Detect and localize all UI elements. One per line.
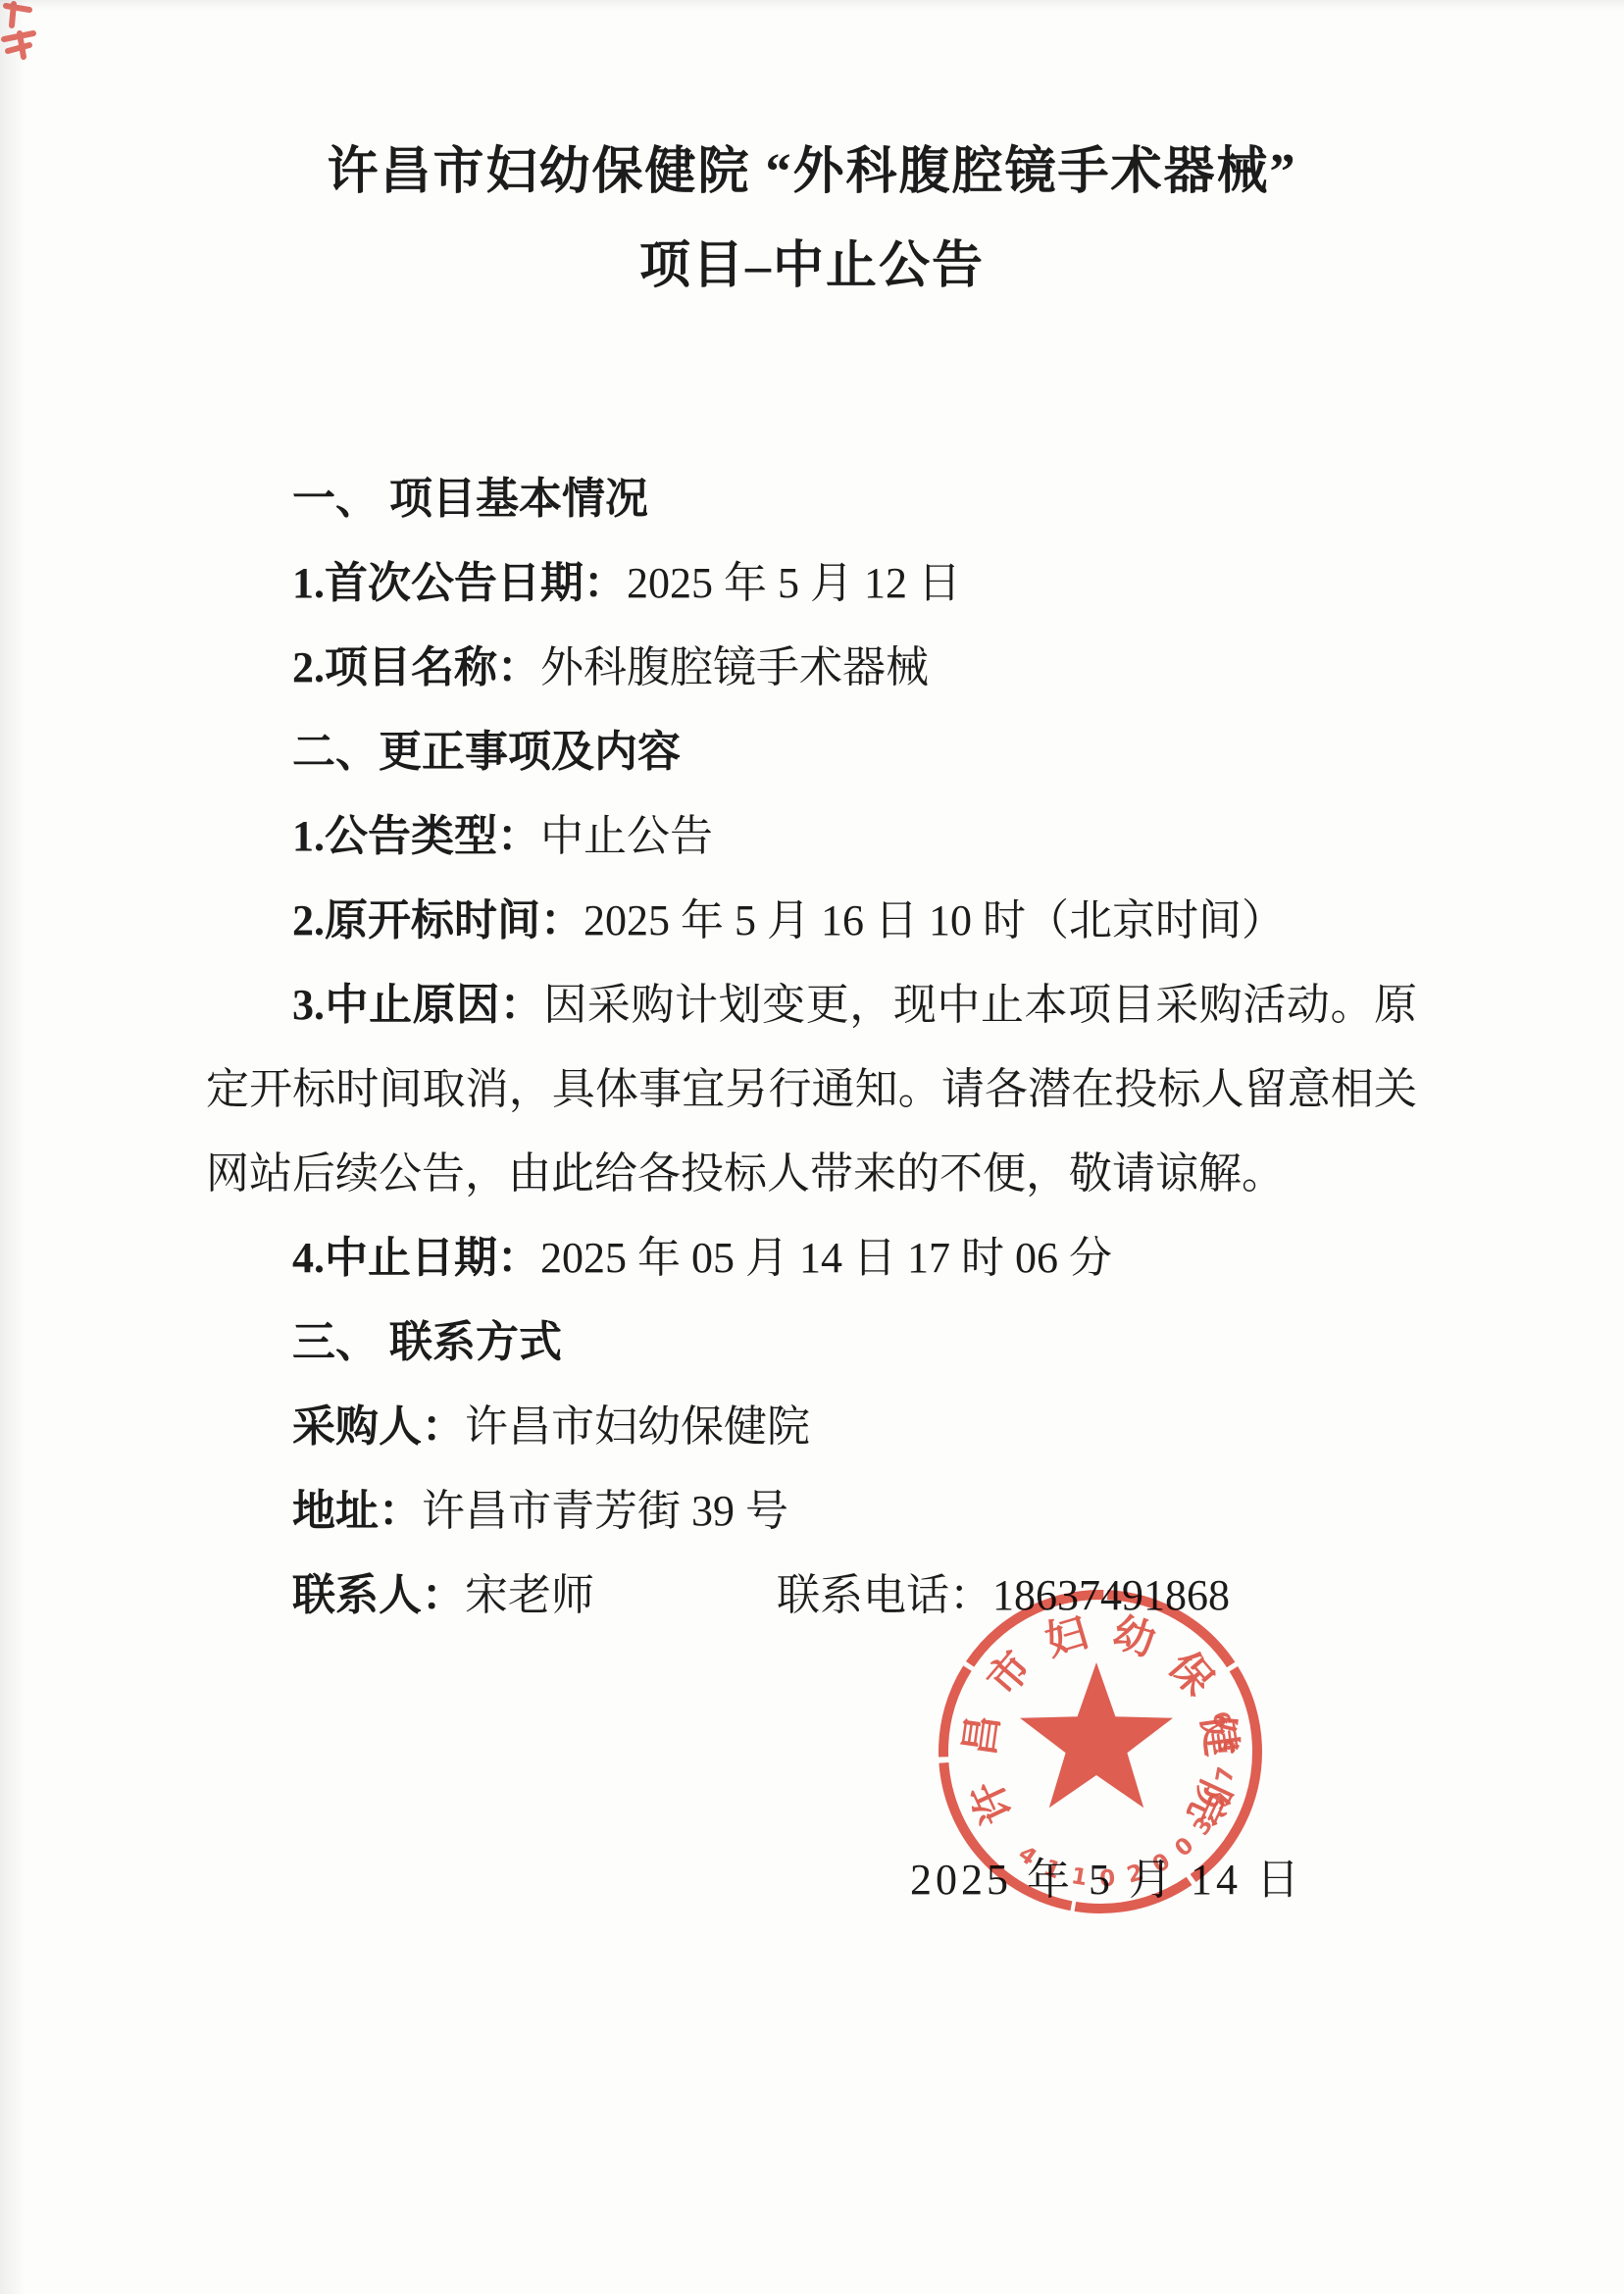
contact-person-label: 联系人：	[292, 1571, 465, 1619]
original-bid-time-label: 2.原开标时间：	[292, 896, 584, 944]
contact-line: 联系人：宋老师联系电话：18637491868	[206, 1554, 1417, 1638]
project-name-line: 2.项目名称：外科腹腔镜手术器械	[206, 626, 1417, 710]
svg-text:9: 9	[1202, 1790, 1232, 1814]
buyer-value: 许昌市妇幼保健院	[465, 1402, 810, 1451]
phone-value: 18637491868	[992, 1571, 1230, 1619]
address-line: 地址：许昌市青芳街 39 号	[206, 1469, 1417, 1554]
original-bid-time-line: 2.原开标时间：2025 年 5 月 16 日 10 时（北京时间）	[206, 879, 1417, 963]
svg-text:保: 保	[1160, 1644, 1222, 1706]
termination-date-line: 4.中止日期：2025 年 05 月 14 日 17 时 06 分	[206, 1216, 1417, 1300]
termination-reason-paragraph: 3.中止原因：因采购计划变更，现中止本项目采购活动。原定开标时间取消，具体事宜另…	[206, 963, 1417, 1216]
first-announce-date-label: 1.首次公告日期：	[292, 559, 627, 607]
svg-text:许: 许	[963, 1773, 1022, 1830]
project-name-label: 2.项目名称：	[292, 643, 540, 691]
svg-text:健: 健	[1193, 1711, 1243, 1759]
announce-type-value: 中止公告	[540, 812, 713, 860]
document-title-line1: 许昌市妇幼保健院 “外科腹腔镜手术器械”	[0, 126, 1624, 220]
signature-date: 2025 年 5 月 14 日	[910, 1844, 1303, 1907]
first-announce-date-line: 1.首次公告日期：2025 年 5 月 12 日	[206, 541, 1417, 626]
phone-label: 联系电话：	[777, 1571, 992, 1619]
svg-text:3: 3	[1189, 1812, 1218, 1840]
announce-type-line: 1.公告类型：中止公告	[206, 794, 1417, 879]
original-bid-time-value: 2025 年 5 月 16 日 10 时（北京时间）	[584, 896, 1285, 944]
svg-text:昌: 昌	[957, 1711, 1007, 1759]
document-body: 一、 项目基本情况 1.首次公告日期：2025 年 5 月 12 日 2.项目名…	[206, 457, 1417, 1638]
document-title-line2: 项目–中止公告	[0, 220, 1624, 314]
svg-text:7: 7	[1212, 1764, 1240, 1784]
contact-person-value: 宋老师	[465, 1571, 594, 1619]
phone-group: 联系电话：18637491868	[777, 1571, 1230, 1619]
address-value: 许昌市青芳街 39 号	[422, 1487, 788, 1535]
termination-date-label: 4.中止日期：	[292, 1234, 540, 1282]
document-title: 许昌市妇幼保健院 “外科腹腔镜手术器械” 项目–中止公告	[0, 0, 1624, 314]
section-1-heading: 一、 项目基本情况	[206, 457, 1417, 541]
svg-text:9: 9	[1209, 1708, 1238, 1729]
address-label: 地址：	[292, 1487, 422, 1535]
svg-text:市: 市	[979, 1644, 1040, 1706]
project-name-value: 外科腹腔镜手术器械	[540, 643, 929, 691]
buyer-line: 采购人：许昌市妇幼保健院	[206, 1385, 1417, 1469]
termination-reason-label: 3.中止原因：	[292, 981, 543, 1029]
buyer-label: 采购人：	[292, 1402, 465, 1451]
first-announce-date-value: 2025 年 5 月 12 日	[627, 559, 961, 607]
section-3-heading: 三、 联系方式	[206, 1300, 1417, 1385]
section-2-heading: 二、更正事项及内容	[206, 710, 1417, 794]
scanned-document-page: 许昌市妇幼保健院 “外科腹腔镜手术器械” 项目–中止公告 一、 项目基本情况 1…	[0, 0, 1624, 2294]
svg-text:5: 5	[1215, 1738, 1242, 1755]
termination-date-value: 2025 年 05 月 14 日 17 时 06 分	[540, 1234, 1112, 1282]
announce-type-label: 1.公告类型：	[292, 812, 540, 860]
svg-text:院: 院	[1179, 1773, 1238, 1830]
